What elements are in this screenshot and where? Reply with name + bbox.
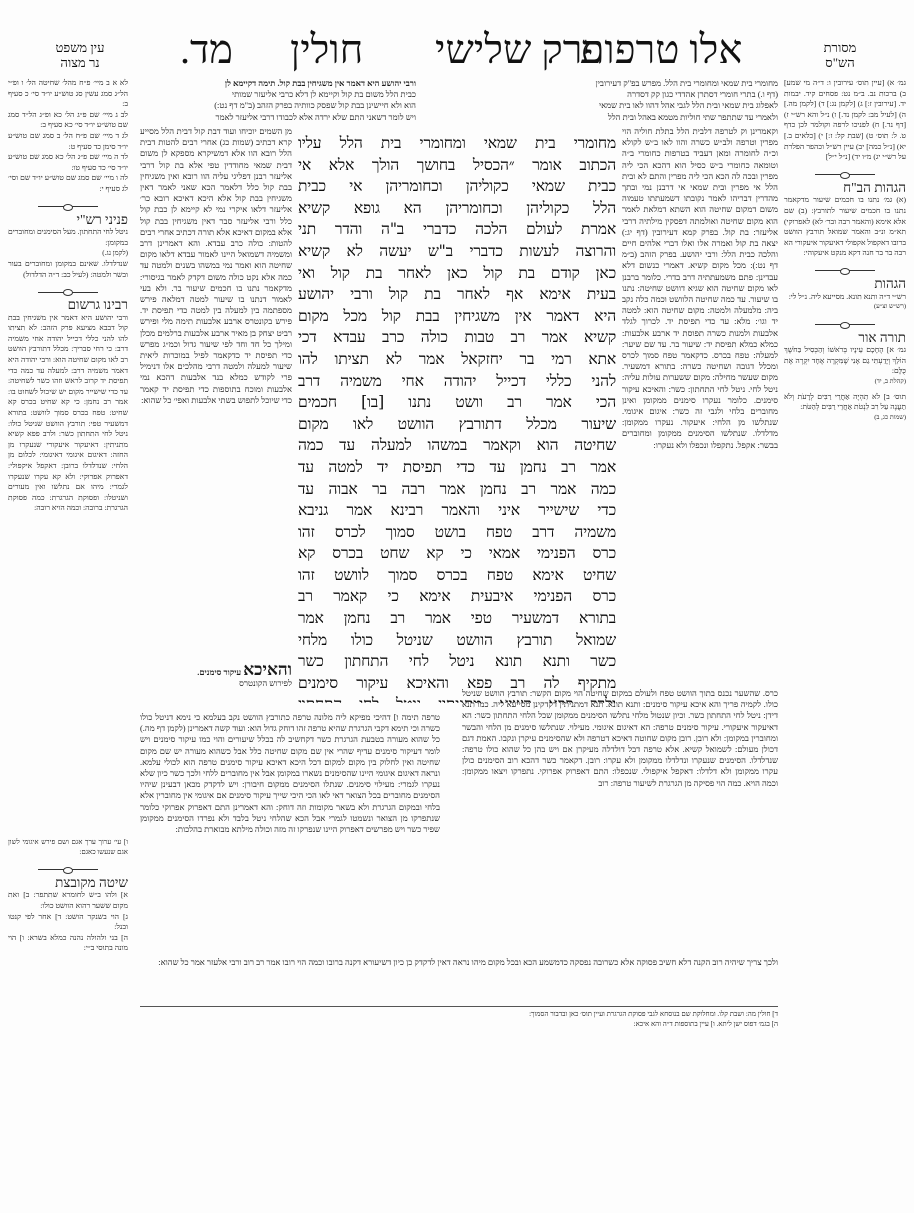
chapter-ordinal: פרק שלישי	[435, 28, 603, 72]
rashi-top: מחומרי בית שמאי ומחומרי בית הלל. מפרש בפ…	[492, 78, 778, 124]
pnei-rashi-title: פניני רש"י	[8, 215, 128, 226]
rabbeinu-gershom-text: ורבי יהושע היא דאמר אין משגיחין בבת קול …	[8, 313, 128, 833]
gemara-line: שמואל תורבץ הוושט שניטל כולו מלחי	[298, 630, 616, 652]
rashi-lower-text: כרס. שהשער נכנס בתוך הוושט טפח ולעולם במ…	[462, 688, 778, 789]
tosafot-line: כבית הלל משום בת קול וקיימא לן דלא כרבי …	[140, 89, 416, 100]
tosafot-text: מן השמים יוכיחו ועוד דבת קול דבית הלל מס…	[140, 126, 292, 406]
hagahot-note: (רש״ש וצ״ע)	[784, 302, 906, 313]
mesoret-header: מסורת הש"ס	[800, 40, 880, 70]
tosafot-line: הוא ולא חיישינן בבת קול שפסק כוותיה בפרק…	[140, 100, 416, 111]
gemara-line: הכתוב אומר ״הכסיל בחושך הולך אלא אי	[298, 155, 616, 177]
gemara-line: אמר רב נחמן עד כדי תפיסת יד למטה עד	[298, 457, 616, 479]
ner-mitzvah-title: נר מצוה	[40, 55, 120, 70]
mesoret-entries: גמ׳ א) [עיין תוס׳ עירובין ו: ד״ה מי שמע]…	[784, 78, 906, 163]
gemara-line: היא דאמר אין משגיחין בבת קול מכל מקום	[298, 306, 616, 328]
ein-mishpat-entry: לד ה מיי׳ שם פ״ג הל׳ כא סמג שם טוש״ע יו״…	[8, 152, 128, 173]
hagahot-habach-title: הגהות הב"ח	[784, 183, 906, 194]
mesoret-column: גמ׳ א) [עיין תוס׳ עירובין ו: ד״ה מי שמע]…	[784, 78, 906, 838]
gemara-line: קשיא אמר רב טבות כולה כרב עבדא דכי	[298, 327, 616, 349]
gemara-line: כדי שישייר איני והאמר רבינא אמר גניבא	[298, 500, 616, 522]
ein-mishpat-title: עין משפט	[40, 40, 120, 55]
gemara-line: כאן קודם בת קול כאן לאחר בת קול ואי	[298, 263, 616, 285]
gemara-line: והרוצה לעשות כדברי ב"ש יעשה לא קשיא	[298, 241, 616, 263]
ornament-divider-icon	[38, 866, 98, 874]
footnotes: ד] חולין מה: ושבת קלו. ומחלוקת שם בנוסחא…	[140, 1009, 778, 1035]
gemara-line: כמה אמר רב נחמן אמר רבה בר אבוה עד	[298, 479, 616, 501]
bottom-commentary-text: ולכך צריך שיהיה רוב הקנה דלא חשיב פסוקה …	[140, 957, 778, 968]
gemara-line: כשר ותנא תונא ניטל לחי התחתון כשר	[298, 651, 616, 673]
tosafot-lower: טרפה תימה ו] דהיכי מפיקא ליה מלונה טרפה …	[140, 712, 440, 954]
ornament-divider-icon	[815, 321, 875, 329]
shita-entry: א] ולהו ב״ש לחומרא שתתפר: ב] ואת מקום שש…	[8, 890, 128, 911]
chapter-name: אלו טרפות	[580, 28, 742, 72]
pnei-rashi-entry: שנדלדלו. שאינם במקומן ומחוברים בעור ובשר…	[8, 259, 128, 280]
ein-mishpat-header: עין משפט נר מצוה	[40, 40, 120, 70]
pnei-rashi-entry: ניטל לחי התחתון. מעל הסימנים ומחוברים במ…	[8, 227, 128, 248]
shita-entry: ג] הוי בשנקר הושט: ד] אחר לפי קנטו ובנל:	[8, 912, 128, 933]
gemara-line: אתא רמי בר יחזקאל אמר לא תציתו להו	[298, 349, 616, 371]
pnei-rashi-ref: (לקמן נג.)	[8, 248, 128, 259]
torah-or-ref: (שמות כג, ב)	[784, 413, 906, 424]
gemara-line: מחומרי בית שמאי ומחומרי בית הלל עליו	[298, 133, 616, 155]
mesoret-title: מסורת	[800, 40, 880, 55]
rashi-line: ולאמרי עד שתתפר שתי חוליות מטמא באהל ובי…	[492, 112, 778, 123]
gemara-line: שחיט אימא טפח בכרס סמוך לוושט זהו	[298, 565, 616, 587]
gemara-line: משמיה דרב טפח בושט סמוך לכרס זהו	[298, 522, 616, 544]
gemara-line: להני כללי דכייל יהודה אחי משמיה דרב	[298, 371, 616, 393]
rashi-line: מחומרי בית שמאי ומחומרי בית הלל. מפרש בפ…	[492, 78, 778, 89]
rashi-line: לאפלוג בית שמאי ובית הלל לגבי אהל דהוו ל…	[492, 100, 778, 111]
margin-note: ו] עי׳ ערוך ערך אגם ושם פירש איגומי לשון…	[8, 837, 128, 858]
gemara-line: הלל כקוליהן וכחומריהן הא גופא קשיא	[298, 198, 616, 220]
ornament-divider-icon	[815, 171, 875, 179]
torah-or-verse: גמ׳ א] הֶחָכָם עֵינָיו בְּרֹאשׁוֹ וְהַכְ…	[784, 345, 906, 377]
tractate-name: חולין	[290, 28, 363, 72]
ornament-divider-icon	[38, 288, 98, 296]
footnote-line: ה] בגמ׳ דפוס ישן ליתא. ו] עיין בתוספות ד…	[140, 1019, 778, 1029]
tosafot-dibur-hamatchil: והאיכא	[243, 664, 292, 679]
gemara-line: בתורא דמשעיר טפי אמר רב נחמן אמר	[298, 608, 616, 630]
gemara-line: הכי אמר רב וושט נתנו [בו] חכמים	[298, 392, 616, 414]
rashi-line: (דף ו.) בתרי חומרי דסתרן אהדדי כגון קק ד…	[492, 89, 778, 100]
rabbeinu-gershom-title: רבינו גרשום	[8, 300, 128, 311]
gemara-line: שיעור מכלל דתורבץ הוושט לאו מקום	[298, 414, 616, 436]
hagahot-title: הגהות	[784, 279, 906, 290]
torah-or-verse: תוס׳ ב] לֹא תִהְיֶה אַחֲרֵי רַבִּים לְרָ…	[784, 392, 906, 413]
ornament-divider-icon	[38, 203, 98, 211]
hagahot-text: רש״י ד״ה ותנא תונא. מסייעא ליה. נ״ל לי:	[784, 292, 906, 303]
gemara-line: אמרת לעולם הלכה כדברי ב"ה והדר תני	[298, 219, 616, 241]
footnote-line: ד] חולין מה: ושבת קלו. ומחלוקת שם בנוסחא…	[140, 1009, 778, 1019]
tosafot-heading-block: והאיכא עיקור סימנים. לפירוש הקונטרס	[140, 664, 292, 700]
torah-or-title: תורה אור	[784, 333, 906, 344]
tosafot-lower-text: טרפה תימה ו] דהיכי מפיקא ליה מלונה טרפה …	[140, 712, 440, 835]
rashi-lower: כרס. שהשער נכנס בתוך הוושט טפח ולעולם במ…	[462, 688, 778, 954]
tosafot-heading-note: לפירוש הקונטרס	[140, 678, 292, 689]
tosafot-heading-rest: עיקור סימנים.	[197, 668, 241, 677]
ein-mishpat-entry: לה ו מיי׳ שם סמג שם טוש״ע יו״ד שם וסי׳ ל…	[8, 173, 128, 194]
shita-entry: ה] בני ולהולה נהנה כמלא בשרא: ו] הוי מונ…	[8, 933, 128, 954]
shita-mekubetzet-title: שיטה מקובצת	[8, 878, 128, 889]
tosafot-column: מן השמים יוכיחו ועוד דבת קול דבית הלל מס…	[140, 126, 292, 661]
gemara-line: כרס הפנימי אמאי כי קא שחט בכרס קא	[298, 543, 616, 565]
footnote-divider	[140, 1006, 778, 1007]
hashas-title: הש"ס	[800, 55, 880, 70]
rashi-column: וקאמרינן וק לטרפה דלבית הלל בתלת חוליה ה…	[622, 126, 778, 686]
ornament-divider-icon	[815, 267, 875, 275]
page-number: מד.	[180, 28, 233, 72]
torah-or-ref: (קהלת ב, יד)	[784, 377, 906, 388]
tosafot-top: ורבי יהושע היא דאמר אין משגיחין בבת קול.…	[140, 78, 416, 124]
ein-mishpat-entry: לא א ב מיי׳ פ״ח מהל׳ שחיטה הל׳ ו ופ״י הל…	[8, 78, 128, 110]
rashi-text: וקאמרינן וק לטרפה דלבית הלל בתלת חוליה ה…	[622, 126, 778, 451]
ein-mishpat-entry: לב ג מיי׳ שם פ״ג הל׳ כא ופ״ג הל״ד סמג שם…	[8, 110, 128, 131]
gemara-main-text: מחומרי בית שמאי ומחומרי בית הלל עליו הכת…	[298, 133, 616, 703]
gemara-line: שחיטה הוא וקאמר במשהו למעלה עד כמה	[298, 435, 616, 457]
gemara-line: כרס הפנימי איבעית אימא כי קאמר רב	[298, 586, 616, 608]
hagahot-habach-text: (א) גמ׳ נתנו בו חכמים שיעור מדקאמר נתנו …	[784, 195, 906, 259]
tosafot-line: ויש לומר דשאני התם שלא ירדה אלא לכבודו ד…	[140, 112, 416, 123]
bottom-commentary-line: ולכך צריך שיהיה רוב הקנה דלא חשיב פסוקה …	[140, 957, 778, 1001]
gemara-line: כבית שמאי כקוליהן וכחומריהן אי כבית	[298, 176, 616, 198]
ein-mishpat-entry: לג ד מיי׳ שם פ״ח הל׳ ב סמג שם טוש״ע יו״ד…	[8, 131, 128, 152]
gemara-line: בעית אימא אף לאחר בת קול ורבי יהושע	[298, 284, 616, 306]
ein-mishpat-column: לא א ב מיי׳ פ״ח מהל׳ שחיטה הל׳ ו ופ״י הל…	[8, 78, 128, 1098]
tosafot-line: ורבי יהושע היא דאמר אין משגיחין בבת קול.…	[140, 78, 416, 89]
